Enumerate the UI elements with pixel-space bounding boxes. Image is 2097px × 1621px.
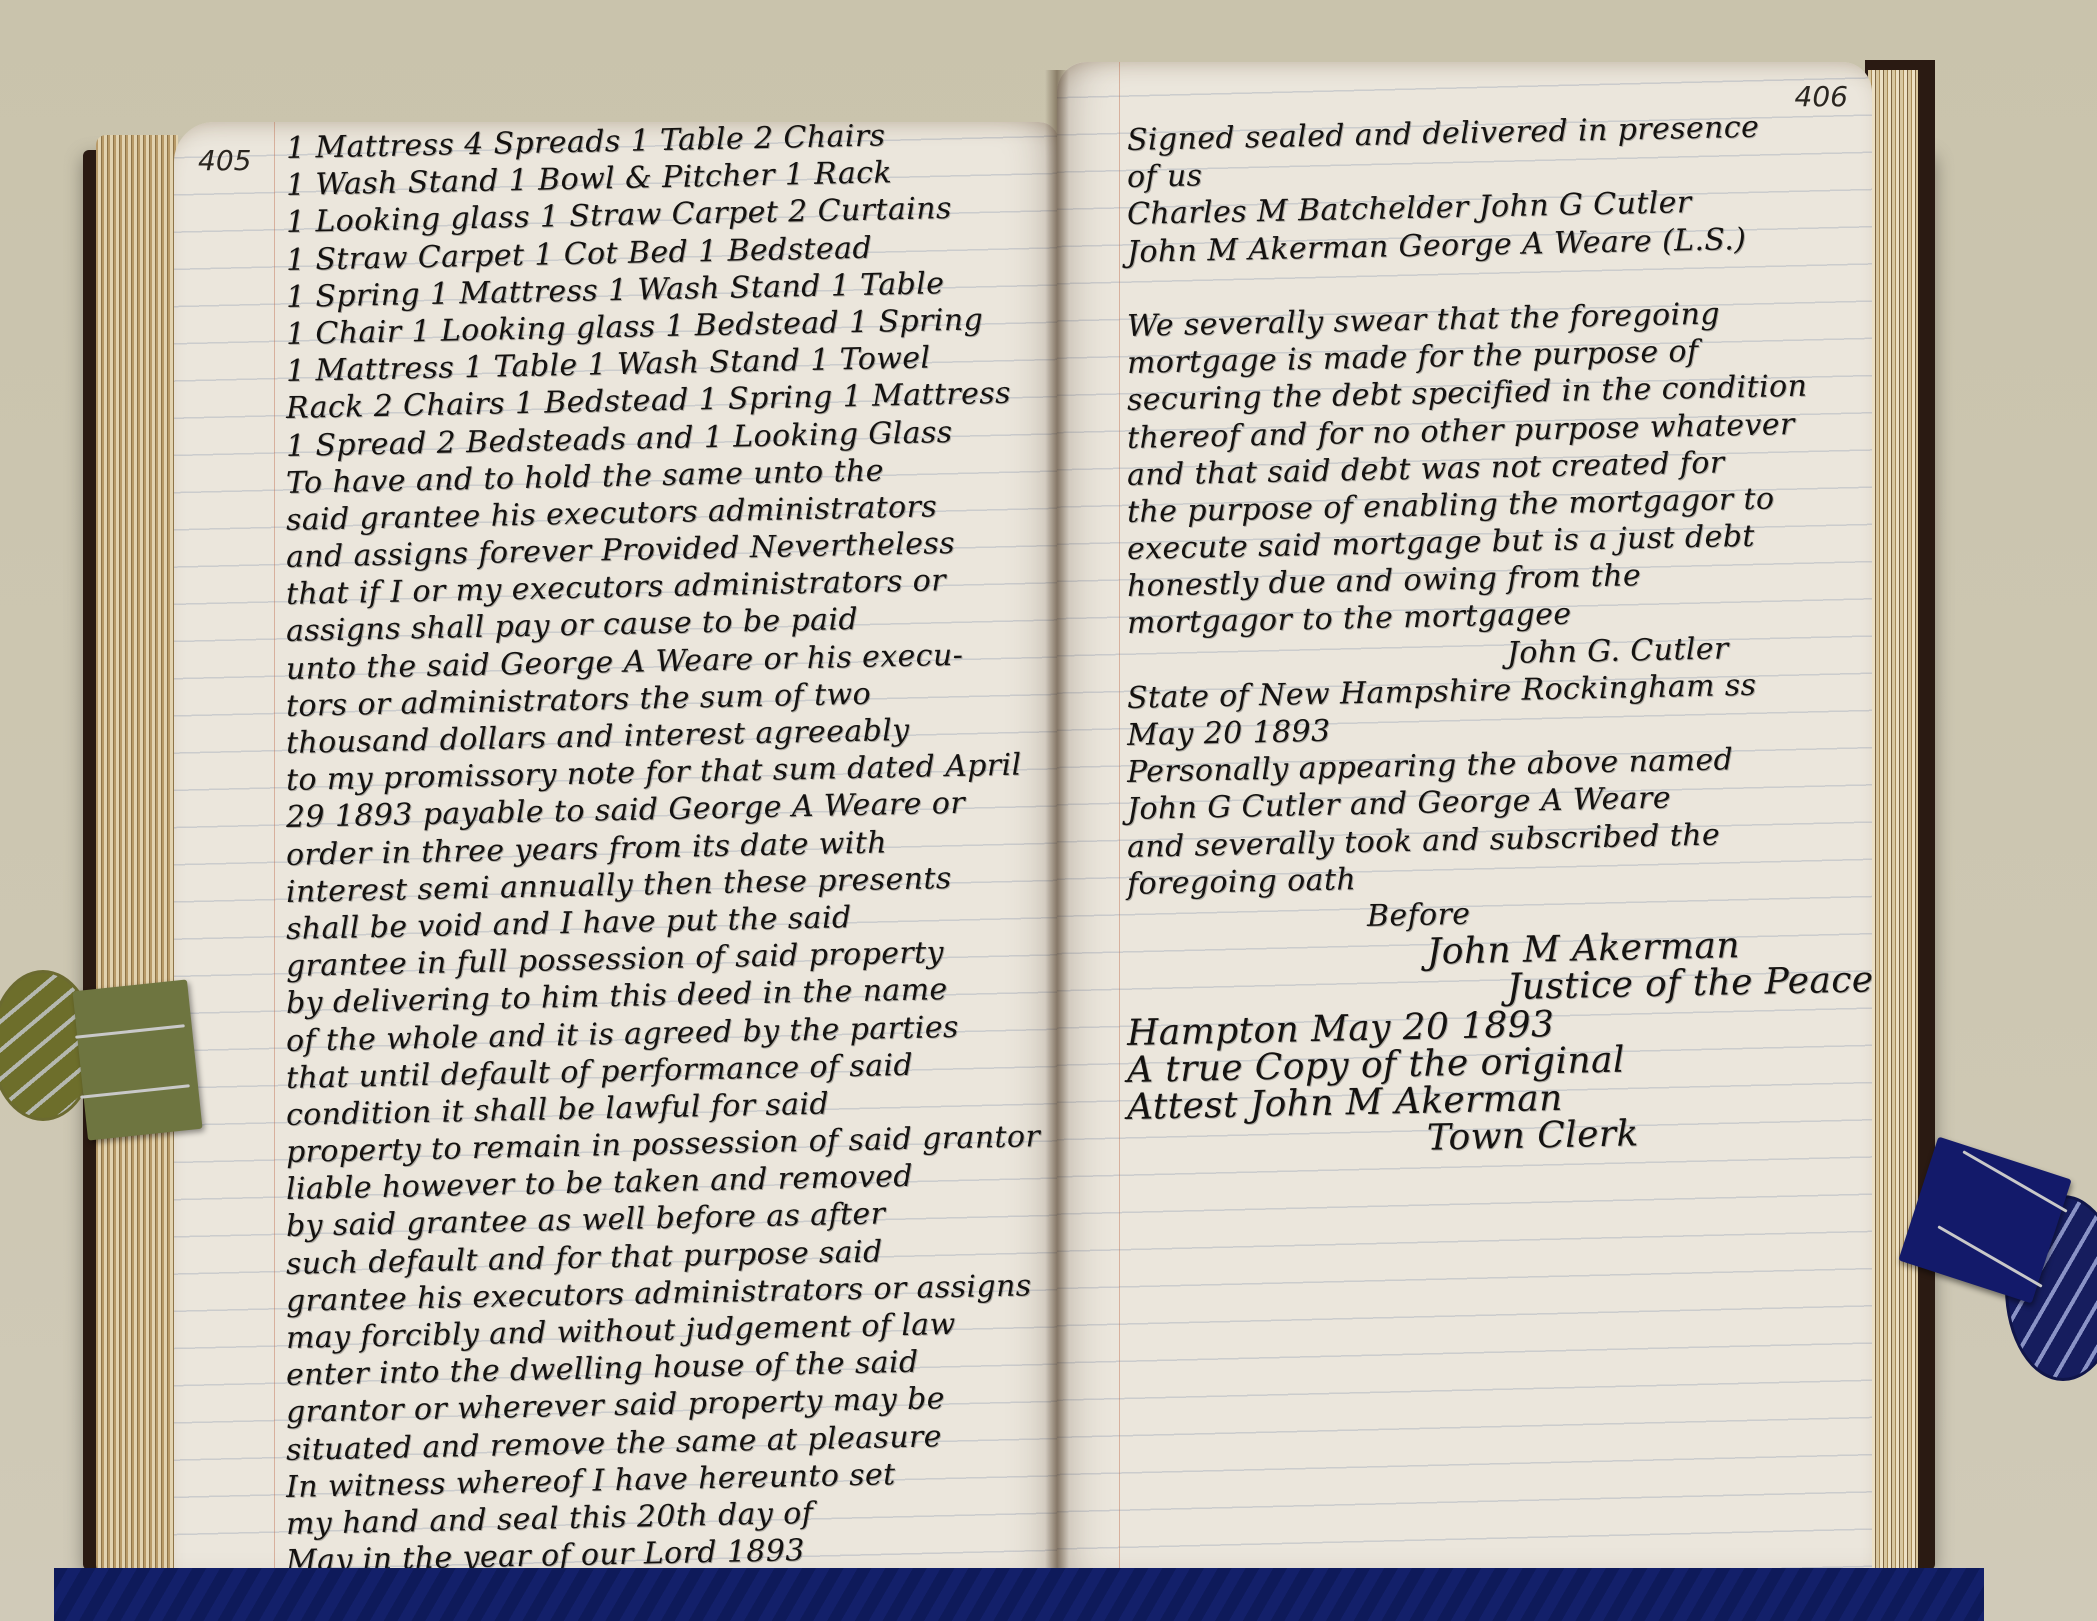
page-edges-left (96, 135, 178, 1575)
binder-clip-right (1895, 1135, 2097, 1340)
right-page: 406 Signed sealed and delivered in prese… (1057, 62, 1872, 1572)
left-page-text: 1 Mattress 4 Spreads 1 Table 2 Chairs 1 … (286, 130, 1056, 1577)
book-gutter (1045, 70, 1069, 1575)
right-page-text: Signed sealed and delivered in presence … (1127, 122, 1867, 1163)
binder-clip-left (0, 930, 205, 1115)
margin-rule (1119, 62, 1120, 1572)
margin-rule (274, 122, 275, 1577)
clip-body (72, 979, 202, 1140)
page-number-left: 405 (198, 144, 251, 177)
left-page: 405 1 Mattress 4 Spreads 1 Table 2 Chair… (174, 122, 1059, 1577)
page-edges-right (1868, 70, 1918, 1570)
blue-cloth (54, 1568, 1984, 1621)
